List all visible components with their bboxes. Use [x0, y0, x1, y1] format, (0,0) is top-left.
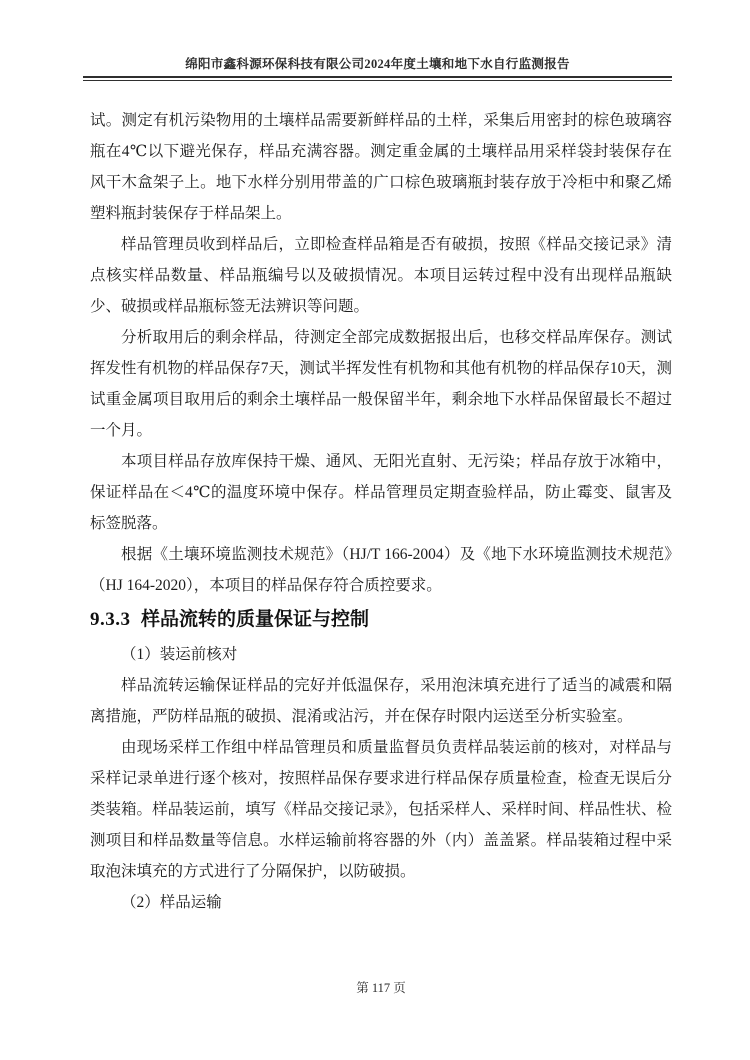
paragraph: 样品流转运输保证样品的完好并低温保存，采用泡沫填充进行了适当的减震和隔离措施，严…: [90, 670, 672, 732]
page-number: 第 117 页: [356, 981, 406, 995]
document-page: 绵阳市鑫科源环保科技有限公司2024年度土壤和地下水自行监测报告 试。测定有机污…: [0, 0, 750, 1060]
section-number: 9.3.3: [90, 609, 131, 630]
list-item-2: （2）样品运输: [90, 887, 672, 918]
list-item-1: （1）装运前核对: [90, 639, 672, 670]
header-double-rule: [83, 76, 672, 81]
document-body: 试。测定有机污染物用的土壤样品需要新鲜样品的土样，采集后用密封的棕色玻璃容瓶在4…: [90, 105, 672, 918]
paragraph: 本项目样品存放库保持干燥、通风、无阳光直射、无污染；样品存放于冰箱中，保证样品在…: [90, 446, 672, 539]
paragraph: 分析取用后的剩余样品，待测定全部完成数据报出后，也移交样品库保存。测试挥发性有机…: [90, 322, 672, 446]
header-title: 绵阳市鑫科源环保科技有限公司2024年度土壤和地下水自行监测报告: [83, 57, 672, 72]
paragraph: 由现场采样工作组中样品管理员和质量监督员负责样品装运前的核对，对样品与采样记录单…: [90, 732, 672, 887]
section-title: 样品流转的质量保证与控制: [141, 609, 369, 630]
section-heading: 9.3.3样品流转的质量保证与控制: [90, 601, 672, 639]
page-header: 绵阳市鑫科源环保科技有限公司2024年度土壤和地下水自行监测报告: [83, 57, 672, 81]
paragraph: 样品管理员收到样品后，立即检查样品箱是否有破损，按照《样品交接记录》清点核实样品…: [90, 229, 672, 322]
paragraph-continued: 试。测定有机污染物用的土壤样品需要新鲜样品的土样，采集后用密封的棕色玻璃容瓶在4…: [90, 105, 672, 229]
page-footer: 第 117 页: [90, 981, 672, 996]
paragraph: 根据《土壤环境监测技术规范》（HJ/T 166-2004）及《地下水环境监测技术…: [90, 539, 672, 601]
